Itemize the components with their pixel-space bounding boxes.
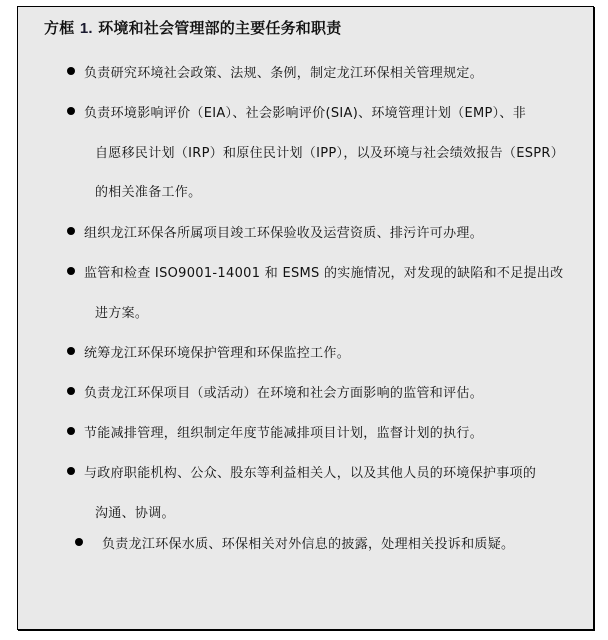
list-item: 负责龙江环保水质、环保相关对外信息的披露，处理相关投诉和质疑。 xyxy=(102,533,514,552)
title-number: 1. xyxy=(80,20,93,37)
list-item: 统筹龙江环保环境保护管理和环保监控工作。 xyxy=(84,342,350,361)
list-item: 节能减排管理，组织制定年度节能减排项目计划，监督计划的执行。 xyxy=(84,422,483,441)
list-item-continuation: 的相关准备工作。 xyxy=(95,181,201,200)
box-title: 方框 1. 环境和社会管理部的主要任务和职责 xyxy=(44,17,341,38)
bullet-icon xyxy=(67,387,75,395)
list-item-continuation: 自愿移民计划（IRP）和原住民计划（IPP），以及环境与社会绩效报告（ESPR） xyxy=(95,142,564,161)
bullet-icon xyxy=(67,67,75,75)
bullet-icon xyxy=(67,427,75,435)
list-item: 负责研究环境社会政策、法规、条例，制定龙江环保相关管理规定。 xyxy=(84,62,483,81)
bullet-icon xyxy=(67,227,75,235)
list-item: 负责环境影响评价（EIA）、社会影响评价(SIA)、环境管理计划（EMP）、非 xyxy=(84,102,526,121)
bullet-icon xyxy=(67,267,75,275)
list-item: 监管和检查 ISO9001-14001 和 ESMS 的实施情况，对发现的缺陷和… xyxy=(84,262,563,281)
list-item: 与政府职能机构、公众、股东等利益相关人，以及其他人员的环境保护事项的 xyxy=(84,462,536,481)
bullet-icon xyxy=(67,467,75,475)
bullet-icon xyxy=(67,347,75,355)
list-item-continuation: 进方案。 xyxy=(95,302,148,321)
list-item-continuation: 沟通、协调。 xyxy=(95,502,175,521)
list-item: 组织龙江环保各所属项目竣工环保验收及运营资质、排污许可办理。 xyxy=(84,222,483,241)
title-text: 环境和社会管理部的主要任务和职责 xyxy=(98,19,341,37)
title-prefix: 方框 xyxy=(44,19,74,37)
list-item: 负责龙江环保项目（或活动）在环境和社会方面影响的监管和评估。 xyxy=(84,382,483,401)
bullet-icon xyxy=(75,538,83,546)
bullet-icon xyxy=(67,107,75,115)
